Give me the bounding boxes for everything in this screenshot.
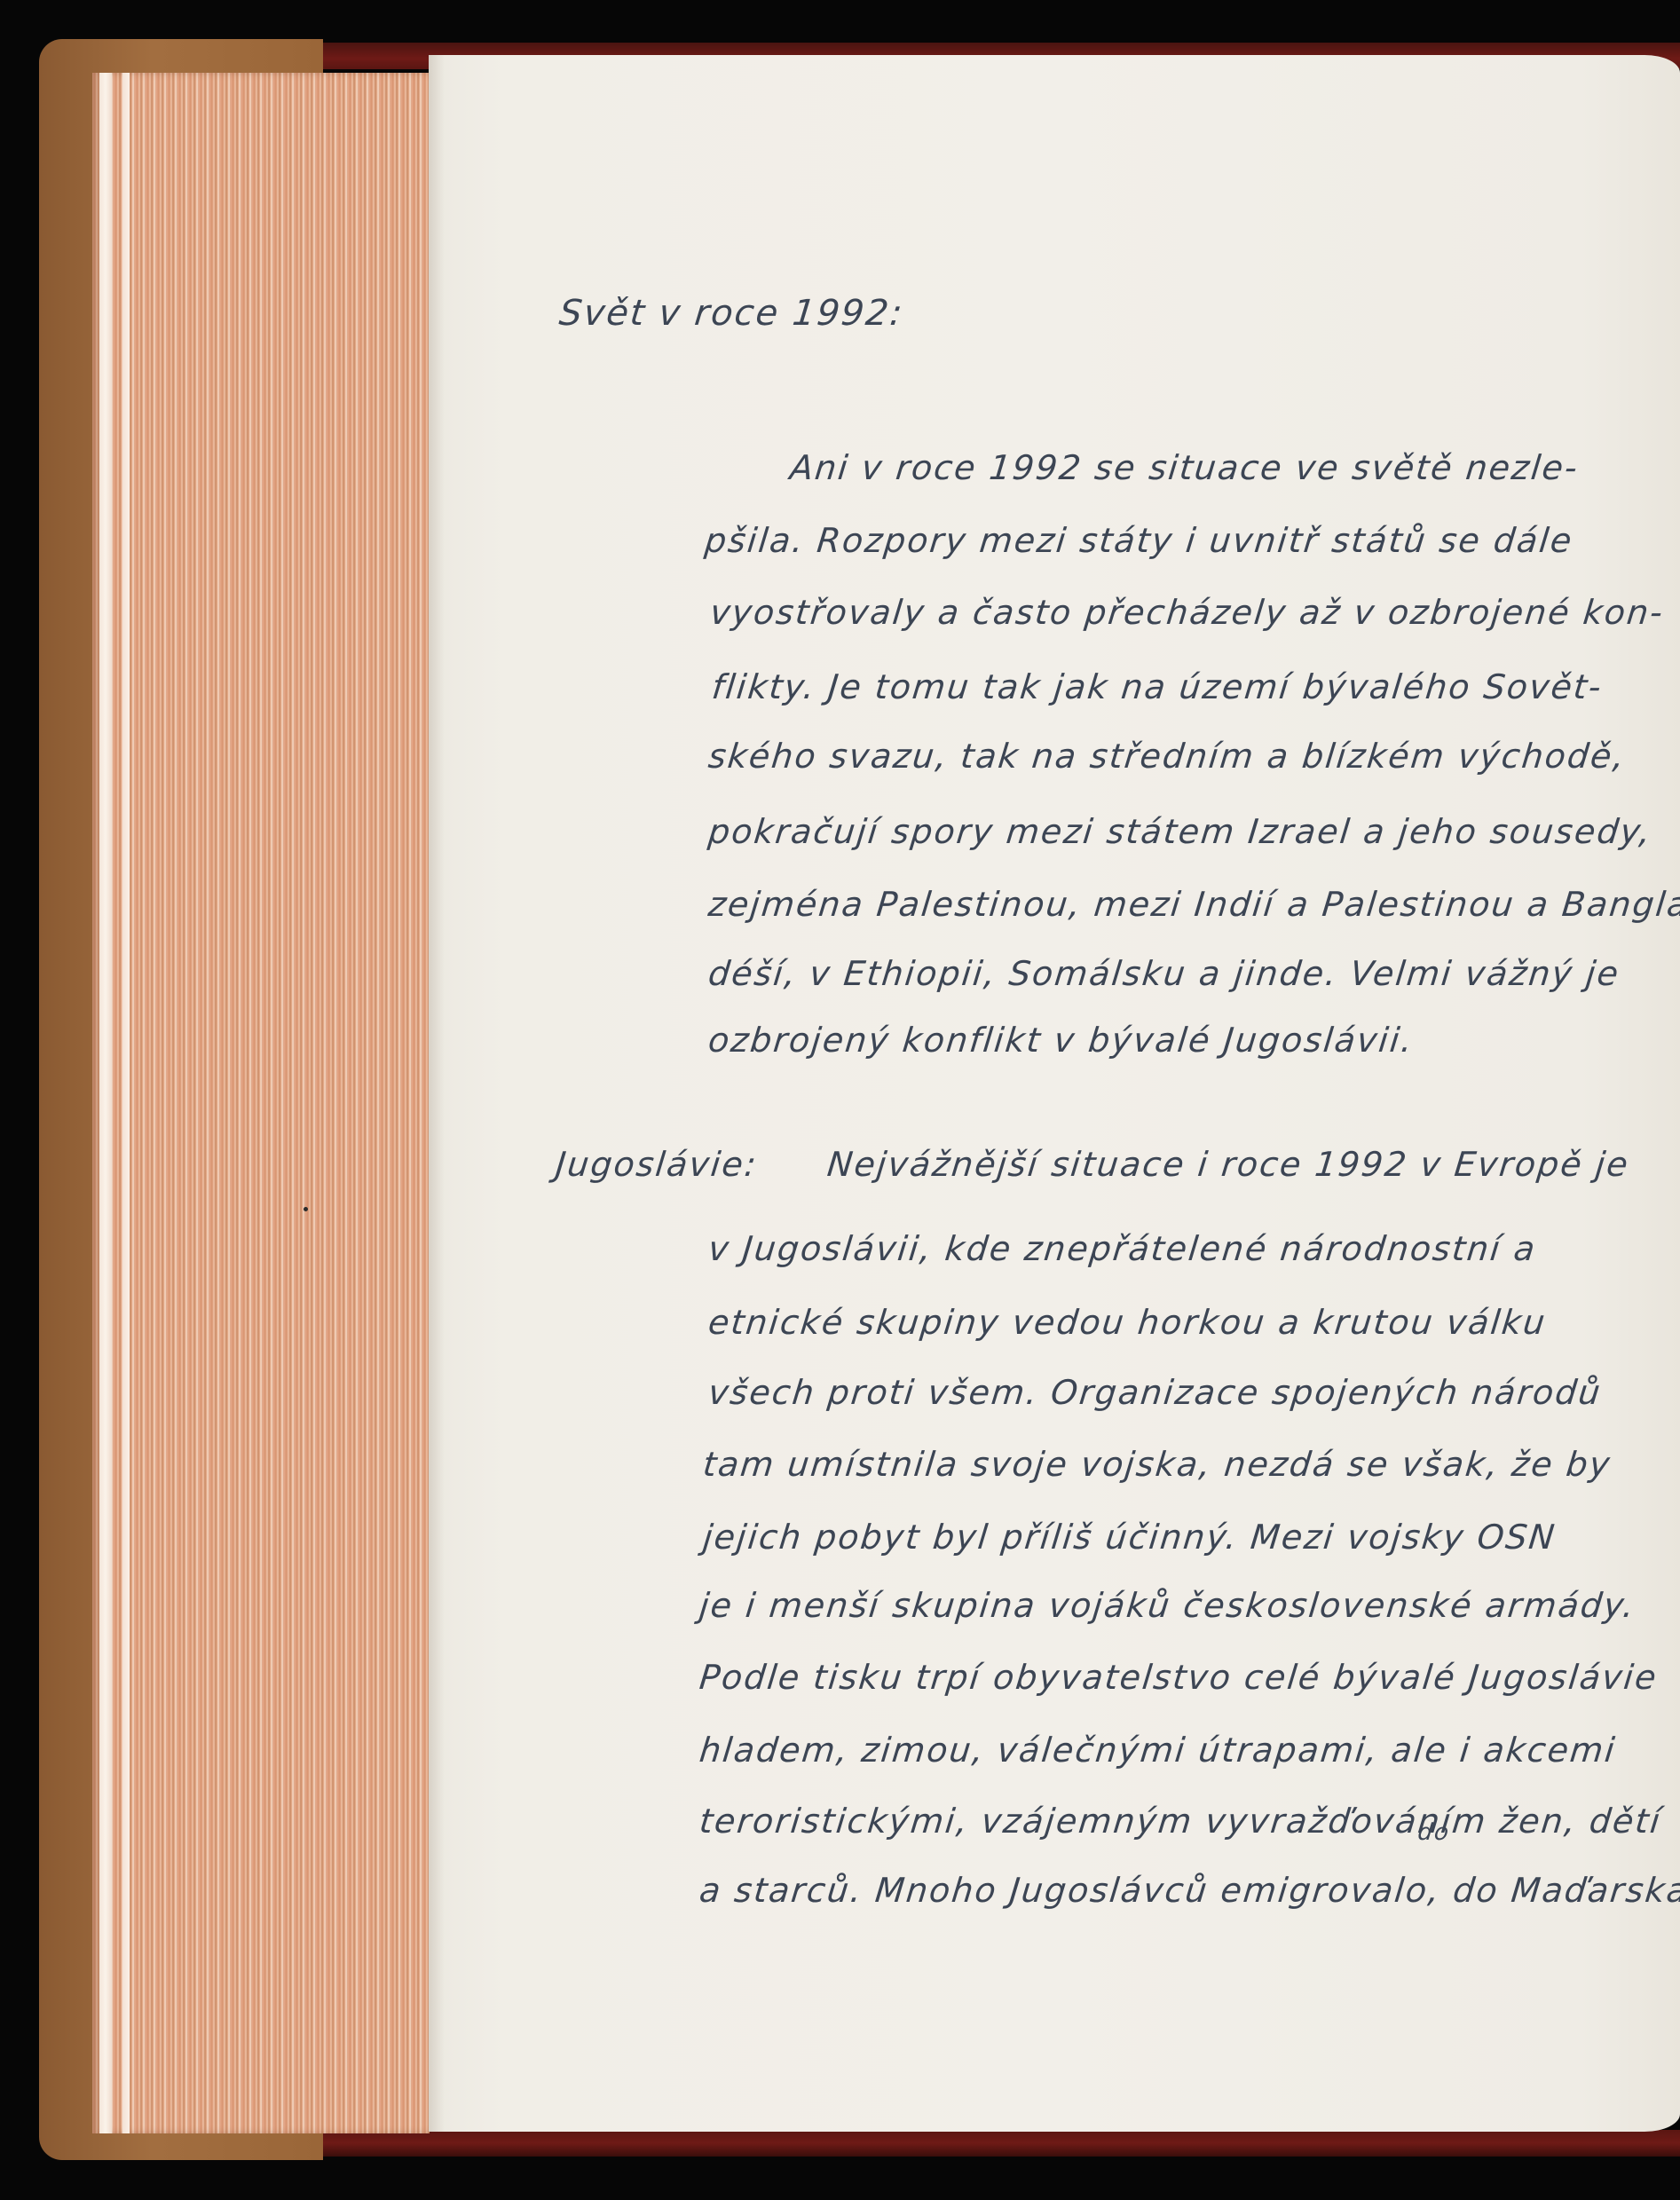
book: Svět v roce 1992: Ani v roce 1992 se sit… [0, 0, 1680, 2200]
text-line: teroristickými, vzájemným vyvražďováním … [698, 1802, 1663, 1841]
text-line: pšila. Rozpory mezi státy i uvnitř států… [703, 521, 1575, 560]
text-line: ozbrojený konflikt v bývalé Jugoslávii. [706, 1021, 1416, 1060]
insertion-mark: do [1416, 1819, 1452, 1846]
book-cover-bottom-edge [266, 2130, 1680, 2157]
text-line: etnické skupiny vedou horkou a krutou vá… [706, 1303, 1549, 1342]
text-line: v Jugoslávii, kde znepřátelené národnost… [706, 1229, 1538, 1268]
text-line: déší, v Ethiopii, Somálsku a jinde. Velm… [706, 954, 1621, 993]
text-line: Podle tisku trpí obyvatelstvo celé býval… [698, 1658, 1660, 1697]
text-line: tam umístnila svoje vojska, nezdá se vša… [701, 1445, 1613, 1484]
section-heading: Jugoslávie: [554, 1145, 760, 1184]
text-line: a starců. Mnoho Jugoslávců emigrovalo, d… [698, 1871, 1680, 1910]
text-line: všech proti všem. Organizace spojených n… [706, 1373, 1604, 1412]
text-line: zejména Palestinou, mezi Indií a Palesti… [706, 885, 1680, 924]
gutter-shadow [429, 55, 445, 2132]
text-line: jejich pobyt byl příliš účinný. Mezi voj… [701, 1518, 1558, 1557]
text-line: je i menší skupina vojáků československé… [698, 1586, 1637, 1625]
stray-mark [304, 1207, 308, 1211]
text-line: hladem, zimou, válečnými útrapami, ale i… [698, 1731, 1618, 1770]
stacked-page-edges [92, 73, 430, 2133]
text-line: Nejvážnější situace i roce 1992 v Evropě… [825, 1145, 1631, 1184]
text-line: vyostřovaly a často přecházely až v ozbr… [708, 593, 1666, 632]
text-line: Ani v roce 1992 se situace ve světě nezl… [788, 448, 1581, 487]
text-line: flikty. Je tomu tak jak na území bývaléh… [710, 667, 1605, 706]
text-line: pokračují spory mezi státem Izrael a jeh… [706, 812, 1654, 851]
page-title: Svět v roce 1992: [557, 293, 906, 334]
text-line: ského svazu, tak na středním a blízkém v… [706, 737, 1628, 776]
